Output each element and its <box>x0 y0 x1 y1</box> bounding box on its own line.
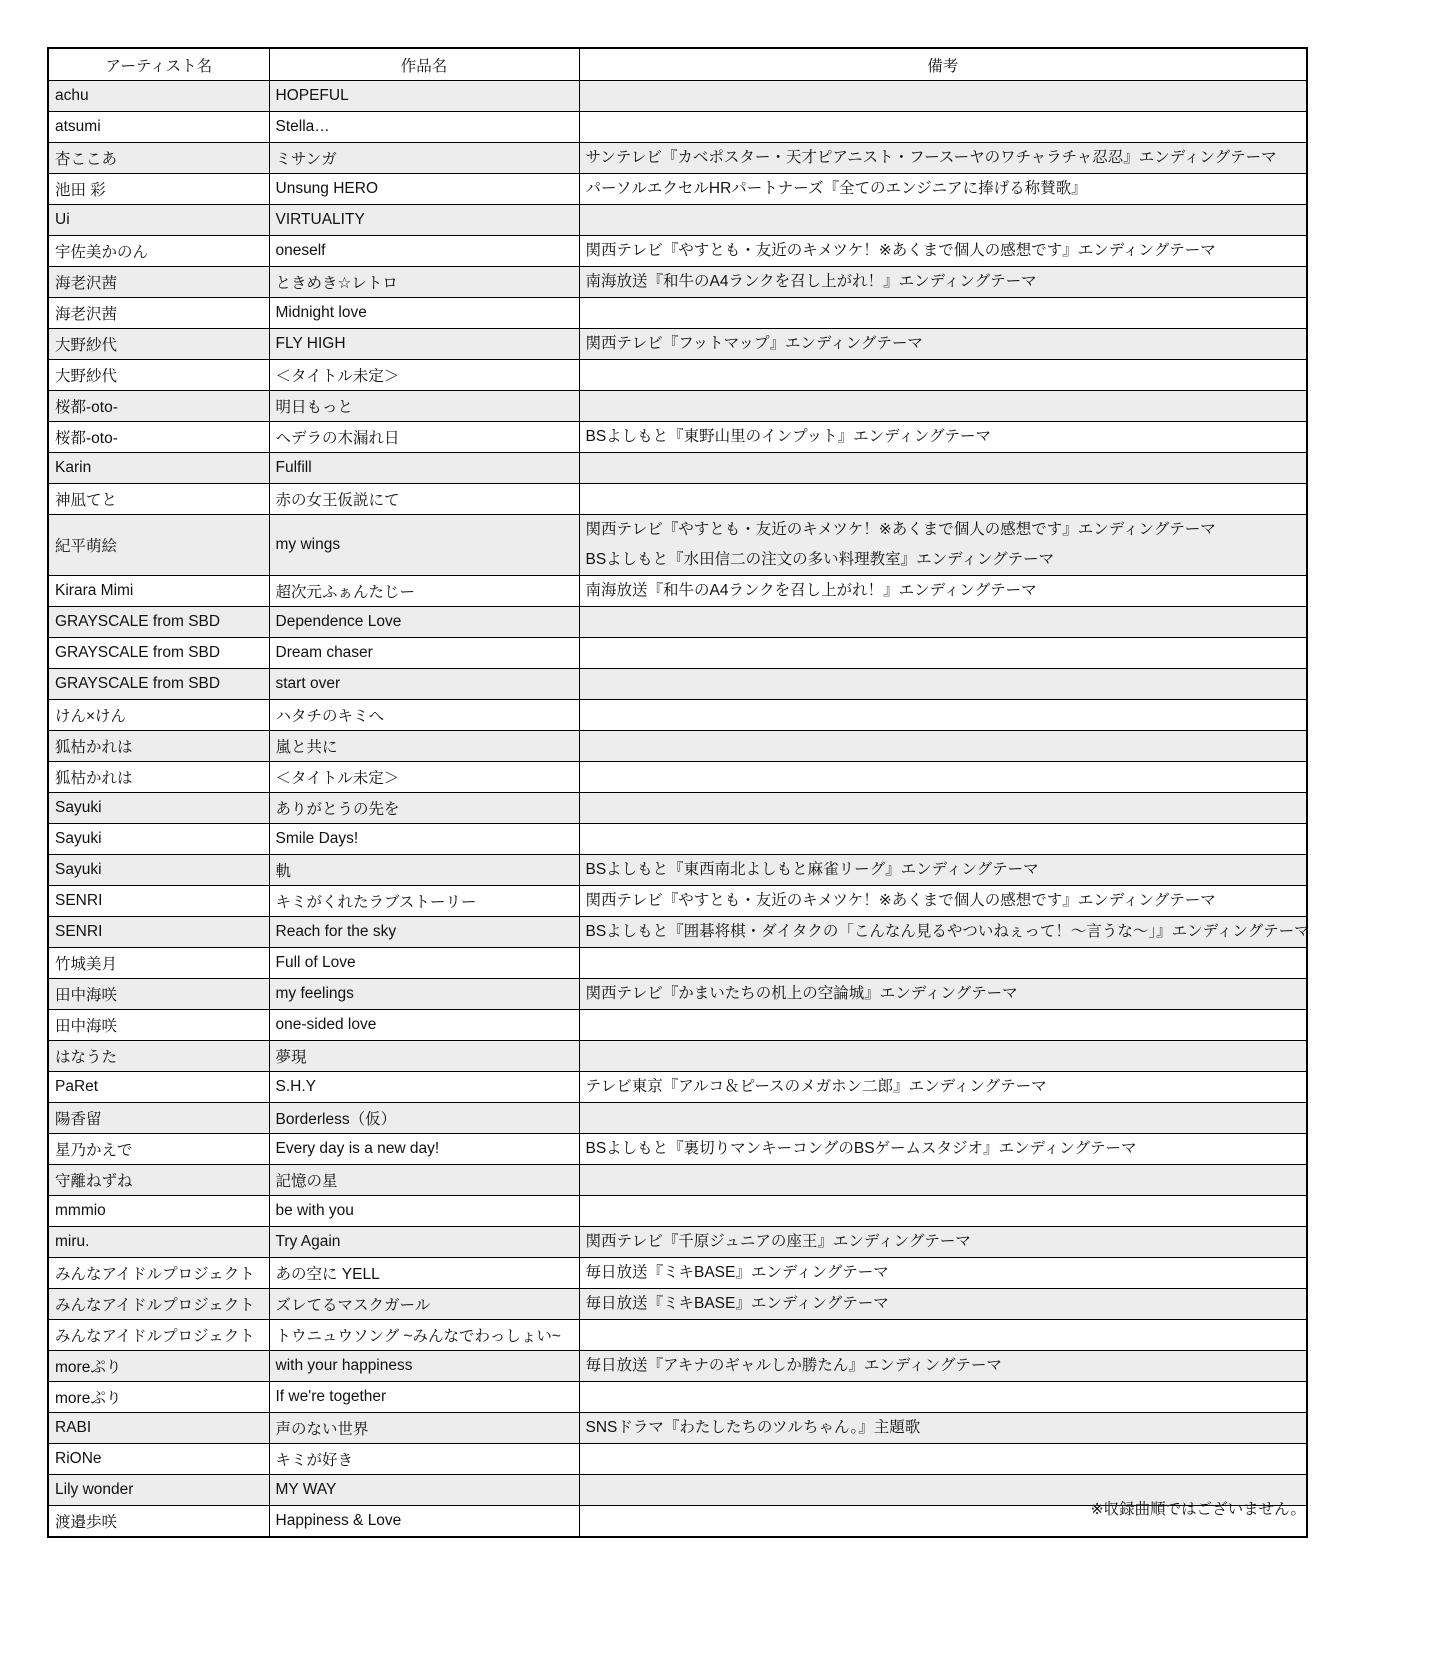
artist-cell: GRAYSCALE from SBD <box>48 638 269 669</box>
note-cell: BSよしもと『東野山里のインプット』エンディングテーマ <box>579 422 1307 453</box>
note-cell <box>579 1196 1307 1227</box>
title-cell: 明日もっと <box>269 391 579 422</box>
table-row: RABI声のない世界SNSドラマ『わたしたちのツルちゃん。』主題歌 <box>48 1413 1307 1444</box>
table-row: atsumiStella… <box>48 112 1307 143</box>
artist-cell: PaRet <box>48 1072 269 1103</box>
title-cell: キミが好き <box>269 1444 579 1475</box>
title-cell: キミがくれたラブストーリー <box>269 886 579 917</box>
table-row: 星乃かえでEvery day is a new day!BSよしもと『裏切りマン… <box>48 1134 1307 1165</box>
note-cell <box>579 205 1307 236</box>
table-row: 海老沢茜ときめき☆レトロ南海放送『和牛のA4ランクを召し上がれ！』エンディングテ… <box>48 267 1307 298</box>
footer-note: ※収録曲順ではございません。 <box>47 1497 1306 1519</box>
note-cell: BSよしもと『囲碁将棋・ダイタクの「こんなん見るやついねぇって！～言うな～」』エ… <box>579 917 1307 948</box>
note-cell: 毎日放送『ミキBASE』エンディングテーマ <box>579 1289 1307 1320</box>
note-cell <box>579 112 1307 143</box>
title-cell: Try Again <box>269 1227 579 1258</box>
artist-cell: 狐枯かれは <box>48 731 269 762</box>
table-row: みんなアイドルプロジェクトズレてるマスクガール毎日放送『ミキBASE』エンディン… <box>48 1289 1307 1320</box>
artist-cell: 田中海咲 <box>48 1010 269 1041</box>
title-cell: my wings <box>269 515 579 576</box>
table-row: 田中海咲my feelings関西テレビ『かまいたちの机上の空論城』エンディング… <box>48 979 1307 1010</box>
songs-table-container: アーティスト名 作品名 備考 achuHOPEFULatsumiStella…杏… <box>47 47 1306 1538</box>
note-line: 関西テレビ『やすとも・友近のキメツケ！※あくまで個人の感想です』エンディングテー… <box>586 886 1307 916</box>
note-line: 関西テレビ『フットマップ』エンディングテーマ <box>586 329 1307 359</box>
note-cell: 関西テレビ『フットマップ』エンディングテーマ <box>579 329 1307 360</box>
title-cell: Dream chaser <box>269 638 579 669</box>
artist-cell: mmmio <box>48 1196 269 1227</box>
table-row: みんなアイドルプロジェクトあの空に YELL毎日放送『ミキBASE』エンディング… <box>48 1258 1307 1289</box>
table-row: 杏ここあミサンガサンテレビ『カベポスター・天才ピアニスト・フースーヤのワチャラチ… <box>48 143 1307 174</box>
table-row: 守離ねずね記憶の星 <box>48 1165 1307 1196</box>
table-row: moreぷりwith your happiness毎日放送『アキナのギャルしか勝… <box>48 1351 1307 1382</box>
title-cell: Stella… <box>269 112 579 143</box>
table-row: 竹城美月Full of Love <box>48 948 1307 979</box>
table-row: 桜都-oto-明日もっと <box>48 391 1307 422</box>
artist-cell: GRAYSCALE from SBD <box>48 669 269 700</box>
note-line: 関西テレビ『やすとも・友近のキメツケ！※あくまで個人の感想です』エンディングテー… <box>586 236 1307 266</box>
note-line: SNSドラマ『わたしたちのツルちゃん。』主題歌 <box>586 1413 1307 1443</box>
artist-cell: 狐枯かれは <box>48 762 269 793</box>
title-cell: 嵐と共に <box>269 731 579 762</box>
note-cell <box>579 298 1307 329</box>
table-row: KarinFulfill <box>48 453 1307 484</box>
note-cell <box>579 1382 1307 1413</box>
table-row: 神凪てと赤の女王仮説にて <box>48 484 1307 515</box>
artist-cell: moreぷり <box>48 1351 269 1382</box>
artist-cell: Ui <box>48 205 269 236</box>
note-line: パーソルエクセルHRパートナーズ『全てのエンジニアに捧げる称賛歌』 <box>586 174 1307 204</box>
songs-table: アーティスト名 作品名 備考 achuHOPEFULatsumiStella…杏… <box>47 47 1308 1538</box>
title-cell: Full of Love <box>269 948 579 979</box>
note-cell <box>579 1444 1307 1475</box>
table-row: GRAYSCALE from SBDDream chaser <box>48 638 1307 669</box>
title-cell: 赤の女王仮説にて <box>269 484 579 515</box>
artist-cell: Sayuki <box>48 824 269 855</box>
note-line: サンテレビ『カベポスター・天才ピアニスト・フースーヤのワチャラチャ忍忍』エンディ… <box>586 143 1307 173</box>
artist-cell: 星乃かえで <box>48 1134 269 1165</box>
note-cell <box>579 824 1307 855</box>
table-row: Kirara Mimi超次元ふぁんたじー南海放送『和牛のA4ランクを召し上がれ！… <box>48 576 1307 607</box>
artist-cell: 竹城美月 <box>48 948 269 979</box>
artist-cell: 田中海咲 <box>48 979 269 1010</box>
note-cell: BSよしもと『東西南北よしもと麻雀リーグ』エンディングテーマ <box>579 855 1307 886</box>
artist-cell: 杏ここあ <box>48 143 269 174</box>
note-cell: 南海放送『和牛のA4ランクを召し上がれ！』エンディングテーマ <box>579 267 1307 298</box>
artist-cell: RiONe <box>48 1444 269 1475</box>
table-row: UiVIRTUALITY <box>48 205 1307 236</box>
note-cell: BSよしもと『裏切りマンキーコングのBSゲームスタジオ』エンディングテーマ <box>579 1134 1307 1165</box>
artist-cell: Sayuki <box>48 855 269 886</box>
artist-cell: 海老沢茜 <box>48 298 269 329</box>
table-row: けん×けんハタチのキミへ <box>48 700 1307 731</box>
artist-cell: 大野紗代 <box>48 329 269 360</box>
table-row: GRAYSCALE from SBDDependence Love <box>48 607 1307 638</box>
table-row: 大野紗代FLY HIGH関西テレビ『フットマップ』エンディングテーマ <box>48 329 1307 360</box>
table-row: 宇佐美かのんoneself関西テレビ『やすとも・友近のキメツケ！※あくまで個人の… <box>48 236 1307 267</box>
table-row: SENRIReach for the skyBSよしもと『囲碁将棋・ダイタクの「… <box>48 917 1307 948</box>
artist-cell: 守離ねずね <box>48 1165 269 1196</box>
note-line: テレビ東京『アルコ＆ピースのメガホン二郎』エンディングテーマ <box>586 1072 1307 1102</box>
note-cell <box>579 81 1307 112</box>
note-cell <box>579 669 1307 700</box>
title-cell: ときめき☆レトロ <box>269 267 579 298</box>
note-cell <box>579 762 1307 793</box>
artist-cell: みんなアイドルプロジェクト <box>48 1289 269 1320</box>
note-cell: 関西テレビ『やすとも・友近のキメツケ！※あくまで個人の感想です』エンディングテー… <box>579 515 1307 576</box>
note-line: 南海放送『和牛のA4ランクを召し上がれ！』エンディングテーマ <box>586 267 1307 297</box>
note-cell: 南海放送『和牛のA4ランクを召し上がれ！』エンディングテーマ <box>579 576 1307 607</box>
note-cell <box>579 793 1307 824</box>
title-cell: ヘデラの木漏れ日 <box>269 422 579 453</box>
title-cell: my feelings <box>269 979 579 1010</box>
table-row: achuHOPEFUL <box>48 81 1307 112</box>
note-line: BSよしもと『東西南北よしもと麻雀リーグ』エンディングテーマ <box>586 855 1307 885</box>
note-cell: 関西テレビ『やすとも・友近のキメツケ！※あくまで個人の感想です』エンディングテー… <box>579 886 1307 917</box>
note-cell: SNSドラマ『わたしたちのツルちゃん。』主題歌 <box>579 1413 1307 1444</box>
table-row: 狐枯かれは嵐と共に <box>48 731 1307 762</box>
title-cell: S.H.Y <box>269 1072 579 1103</box>
title-cell: start over <box>269 669 579 700</box>
note-line: 南海放送『和牛のA4ランクを召し上がれ！』エンディングテーマ <box>586 576 1307 606</box>
title-cell: 超次元ふぁんたじー <box>269 576 579 607</box>
note-line: BSよしもと『裏切りマンキーコングのBSゲームスタジオ』エンディングテーマ <box>586 1134 1307 1164</box>
table-row: moreぷりIf we're together <box>48 1382 1307 1413</box>
artist-cell: 桜都-oto- <box>48 391 269 422</box>
title-cell: one-sided love <box>269 1010 579 1041</box>
table-body: achuHOPEFULatsumiStella…杏ここあミサンガサンテレビ『カベ… <box>48 81 1307 1538</box>
title-cell: be with you <box>269 1196 579 1227</box>
title-cell: ありがとうの先を <box>269 793 579 824</box>
note-line: BSよしもと『水田信二の注文の多い料理教室』エンディングテーマ <box>586 545 1307 575</box>
note-line: 関西テレビ『千原ジュニアの座王』エンディングテーマ <box>586 1227 1307 1257</box>
title-cell: 声のない世界 <box>269 1413 579 1444</box>
note-cell <box>579 731 1307 762</box>
table-row: miru.Try Again関西テレビ『千原ジュニアの座王』エンディングテーマ <box>48 1227 1307 1258</box>
table-row: mmmiobe with you <box>48 1196 1307 1227</box>
title-cell: Every day is a new day! <box>269 1134 579 1165</box>
title-cell: Borderless（仮） <box>269 1103 579 1134</box>
title-cell: あの空に YELL <box>269 1258 579 1289</box>
artist-cell: 池田 彩 <box>48 174 269 205</box>
title-cell: トウニュウソング ~みんなでわっしょい~ <box>269 1320 579 1351</box>
title-cell: 夢現 <box>269 1041 579 1072</box>
artist-cell: atsumi <box>48 112 269 143</box>
artist-cell: achu <box>48 81 269 112</box>
table-row: SENRIキミがくれたラブストーリー関西テレビ『やすとも・友近のキメツケ！※あく… <box>48 886 1307 917</box>
note-cell: テレビ東京『アルコ＆ピースのメガホン二郎』エンディングテーマ <box>579 1072 1307 1103</box>
table-row: はなうた夢現 <box>48 1041 1307 1072</box>
title-cell: 記憶の星 <box>269 1165 579 1196</box>
table-header: アーティスト名 作品名 備考 <box>48 48 1307 81</box>
note-cell: 毎日放送『ミキBASE』エンディングテーマ <box>579 1258 1307 1289</box>
header-row: アーティスト名 作品名 備考 <box>48 48 1307 81</box>
note-cell <box>579 484 1307 515</box>
title-cell: oneself <box>269 236 579 267</box>
note-cell <box>579 453 1307 484</box>
title-cell: Reach for the sky <box>269 917 579 948</box>
artist-cell: SENRI <box>48 886 269 917</box>
note-cell <box>579 391 1307 422</box>
artist-cell: 神凪てと <box>48 484 269 515</box>
artist-cell: Karin <box>48 453 269 484</box>
header-note: 備考 <box>579 48 1307 81</box>
title-cell: with your happiness <box>269 1351 579 1382</box>
note-cell <box>579 1041 1307 1072</box>
artist-cell: みんなアイドルプロジェクト <box>48 1258 269 1289</box>
note-cell: 関西テレビ『やすとも・友近のキメツケ！※あくまで個人の感想です』エンディングテー… <box>579 236 1307 267</box>
note-cell <box>579 948 1307 979</box>
table-row: 狐枯かれは＜タイトル未定＞ <box>48 762 1307 793</box>
artist-cell: みんなアイドルプロジェクト <box>48 1320 269 1351</box>
table-row: SayukiSmile Days! <box>48 824 1307 855</box>
table-row: PaRetS.H.Yテレビ東京『アルコ＆ピースのメガホン二郎』エンディングテーマ <box>48 1072 1307 1103</box>
note-cell <box>579 700 1307 731</box>
table-row: 桜都-oto-ヘデラの木漏れ日BSよしもと『東野山里のインプット』エンディングテ… <box>48 422 1307 453</box>
note-line: BSよしもと『囲碁将棋・ダイタクの「こんなん見るやついねぇって！～言うな～」』エ… <box>586 917 1307 947</box>
table-row: 田中海咲one-sided love <box>48 1010 1307 1041</box>
artist-cell: 大野紗代 <box>48 360 269 391</box>
title-cell: ＜タイトル未定＞ <box>269 762 579 793</box>
artist-cell: 宇佐美かのん <box>48 236 269 267</box>
artist-cell: RABI <box>48 1413 269 1444</box>
note-cell <box>579 1320 1307 1351</box>
header-title: 作品名 <box>269 48 579 81</box>
artist-cell: 陽香留 <box>48 1103 269 1134</box>
artist-cell: GRAYSCALE from SBD <box>48 607 269 638</box>
title-cell: Fulfill <box>269 453 579 484</box>
note-cell: サンテレビ『カベポスター・天才ピアニスト・フースーヤのワチャラチャ忍忍』エンディ… <box>579 143 1307 174</box>
title-cell: HOPEFUL <box>269 81 579 112</box>
note-cell: 関西テレビ『かまいたちの机上の空論城』エンディングテーマ <box>579 979 1307 1010</box>
artist-cell: 海老沢茜 <box>48 267 269 298</box>
note-cell <box>579 1103 1307 1134</box>
note-line: 毎日放送『ミキBASE』エンディングテーマ <box>586 1289 1307 1319</box>
note-cell <box>579 360 1307 391</box>
table-row: 池田 彩Unsung HEROパーソルエクセルHRパートナーズ『全てのエンジニア… <box>48 174 1307 205</box>
table-row: みんなアイドルプロジェクトトウニュウソング ~みんなでわっしょい~ <box>48 1320 1307 1351</box>
note-cell: 毎日放送『アキナのギャルしか勝たん』エンディングテーマ <box>579 1351 1307 1382</box>
title-cell: If we're together <box>269 1382 579 1413</box>
artist-cell: miru. <box>48 1227 269 1258</box>
note-cell <box>579 607 1307 638</box>
note-cell: パーソルエクセルHRパートナーズ『全てのエンジニアに捧げる称賛歌』 <box>579 174 1307 205</box>
title-cell: 軌 <box>269 855 579 886</box>
table-row: GRAYSCALE from SBDstart over <box>48 669 1307 700</box>
title-cell: Midnight love <box>269 298 579 329</box>
note-cell <box>579 638 1307 669</box>
note-cell: 関西テレビ『千原ジュニアの座王』エンディングテーマ <box>579 1227 1307 1258</box>
artist-cell: Sayuki <box>48 793 269 824</box>
note-line: 関西テレビ『かまいたちの机上の空論城』エンディングテーマ <box>586 979 1307 1009</box>
artist-cell: 紀平萌絵 <box>48 515 269 576</box>
title-cell: Dependence Love <box>269 607 579 638</box>
artist-cell: SENRI <box>48 917 269 948</box>
artist-cell: 桜都-oto- <box>48 422 269 453</box>
title-cell: FLY HIGH <box>269 329 579 360</box>
table-row: 陽香留Borderless（仮） <box>48 1103 1307 1134</box>
artist-cell: けん×けん <box>48 700 269 731</box>
artist-cell: Kirara Mimi <box>48 576 269 607</box>
table-row: RiONeキミが好き <box>48 1444 1307 1475</box>
table-row: Sayuki軌BSよしもと『東西南北よしもと麻雀リーグ』エンディングテーマ <box>48 855 1307 886</box>
note-line: 毎日放送『アキナのギャルしか勝たん』エンディングテーマ <box>586 1351 1307 1381</box>
title-cell: ズレてるマスクガール <box>269 1289 579 1320</box>
title-cell: ＜タイトル未定＞ <box>269 360 579 391</box>
title-cell: VIRTUALITY <box>269 205 579 236</box>
note-line: 毎日放送『ミキBASE』エンディングテーマ <box>586 1258 1307 1288</box>
artist-cell: はなうた <box>48 1041 269 1072</box>
title-cell: ミサンガ <box>269 143 579 174</box>
note-cell <box>579 1165 1307 1196</box>
title-cell: ハタチのキミへ <box>269 700 579 731</box>
title-cell: Smile Days! <box>269 824 579 855</box>
title-cell: Unsung HERO <box>269 174 579 205</box>
table-row: 大野紗代＜タイトル未定＞ <box>48 360 1307 391</box>
table-row: 海老沢茜Midnight love <box>48 298 1307 329</box>
note-line: 関西テレビ『やすとも・友近のキメツケ！※あくまで個人の感想です』エンディングテー… <box>586 515 1307 545</box>
table-row: 紀平萌絵my wings関西テレビ『やすとも・友近のキメツケ！※あくまで個人の感… <box>48 515 1307 576</box>
note-cell <box>579 1010 1307 1041</box>
page: アーティスト名 作品名 備考 achuHOPEFULatsumiStella…杏… <box>0 0 1440 1670</box>
header-artist: アーティスト名 <box>48 48 269 81</box>
note-line: BSよしもと『東野山里のインプット』エンディングテーマ <box>586 422 1307 452</box>
table-row: Sayukiありがとうの先を <box>48 793 1307 824</box>
artist-cell: moreぷり <box>48 1382 269 1413</box>
